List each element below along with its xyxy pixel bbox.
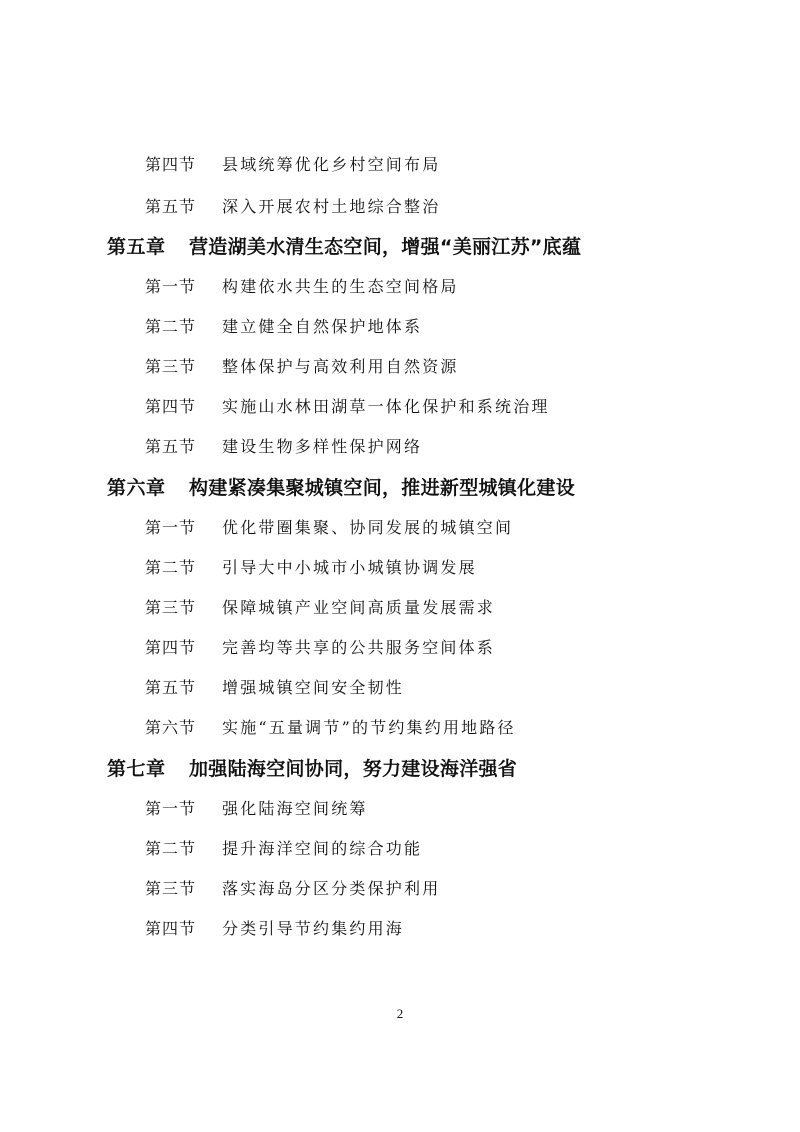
section-title: 构建依水共生的生态空间格局 [222,277,459,297]
chapter-title: 营造湖美水清生态空间，增强“美丽江苏”底蕴 [189,235,581,259]
section-label: 第六节 [145,718,196,738]
section-title: 实施“五量调节”的节约集约用地路径 [222,718,516,738]
section-label: 第一节 [145,799,196,819]
section-label: 第五节 [145,197,196,217]
section-label: 第二节 [145,839,196,859]
section-label: 第四节 [145,397,196,417]
section-label: 第四节 [145,638,196,658]
section-title: 整体保护与高效利用自然资源 [222,357,459,377]
section-title: 分类引导节约集约用海 [222,919,404,939]
chapter-label: 第五章 [107,235,166,259]
section-title: 优化带圈集聚、协同发展的城镇空间 [222,518,513,538]
chapter-title: 加强陆海空间协同，努力建设海洋强省 [189,757,517,781]
section-title: 县域统筹优化乡村空间布局 [222,155,440,175]
section-label: 第一节 [145,518,196,538]
section-label: 第一节 [145,277,196,297]
section-title: 保障城镇产业空间高质量发展需求 [222,598,495,618]
section-title: 增强城镇空间安全韧性 [222,678,404,698]
chapter-label: 第七章 [107,757,166,781]
section-label: 第四节 [145,155,196,175]
section-title: 落实海岛分区分类保护利用 [222,879,440,899]
section-title: 强化陆海空间统筹 [222,799,368,819]
section-label: 第四节 [145,919,196,939]
section-title: 完善均等共享的公共服务空间体系 [222,638,495,658]
document-page: 第四节县域统筹优化乡村空间布局第五节深入开展农村土地综合整治第五章营造湖美水清生… [0,0,800,1132]
section-title: 深入开展农村土地综合整治 [222,197,440,217]
section-label: 第三节 [145,598,196,618]
section-title: 引导大中小城市小城镇协调发展 [222,558,477,578]
section-label: 第二节 [145,558,196,578]
page-number: 2 [0,1006,800,1022]
section-title: 提升海洋空间的综合功能 [222,839,422,859]
section-title: 建立健全自然保护地体系 [222,317,422,337]
section-title: 实施山水林田湖草一体化保护和系统治理 [222,397,550,417]
section-label: 第二节 [145,317,196,337]
section-label: 第五节 [145,437,196,457]
section-label: 第五节 [145,678,196,698]
section-label: 第三节 [145,879,196,899]
chapter-title: 构建紧凑集聚城镇空间，推进新型城镇化建设 [189,476,575,500]
section-label: 第三节 [145,357,196,377]
chapter-label: 第六章 [107,476,166,500]
section-title: 建设生物多样性保护网络 [222,437,422,457]
